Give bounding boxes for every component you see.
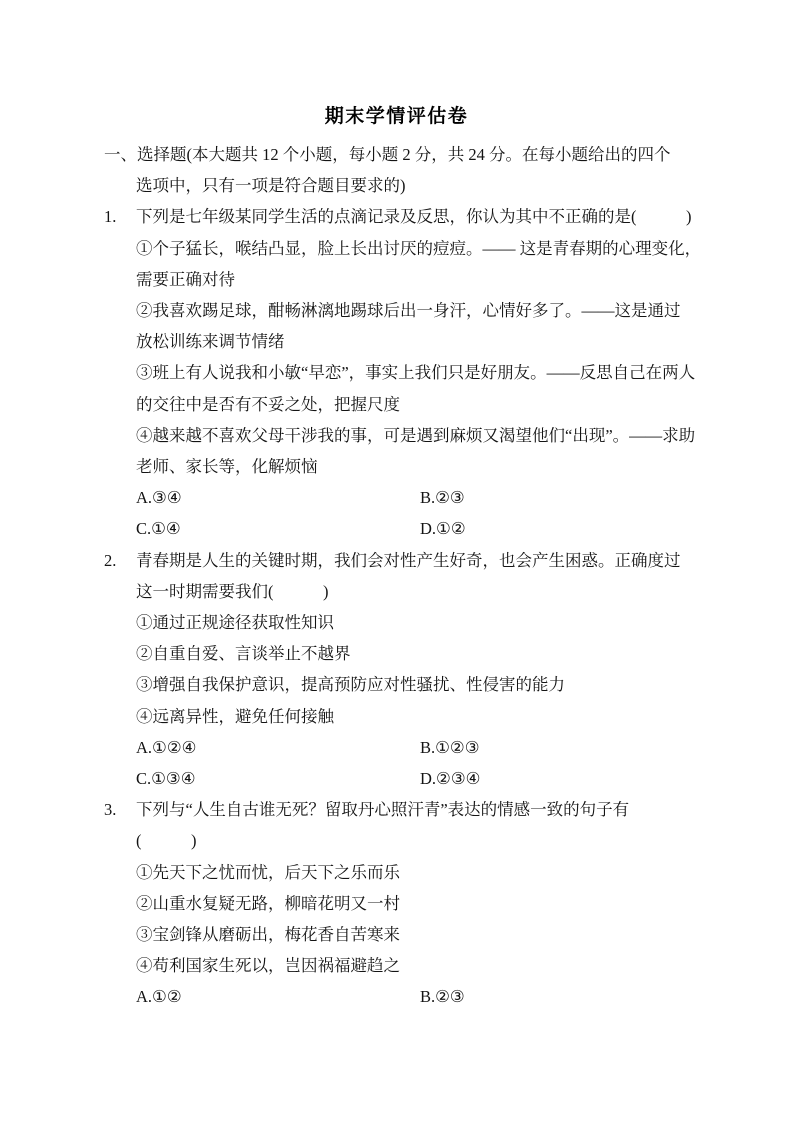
question-3-options-row: A.①② B.②③ xyxy=(104,981,719,1012)
question-1-stem: 1. 下列是七年级某同学生活的点滴记录及反思，你认为其中不正确的是( ) xyxy=(104,201,719,232)
question-3-stem: 3. 下列与“人生自古谁无死？留取丹心照汗青”表达的情感一致的句子有 xyxy=(104,794,719,825)
question-3-line: ③宝剑锋从磨砺出，梅花香自苦寒来 xyxy=(104,919,719,950)
question-1-options-row: C.①④ D.①② xyxy=(104,513,719,544)
question-2-line: 这一时期需要我们( ) xyxy=(104,576,719,607)
question-3-option-b: B.②③ xyxy=(420,981,465,1012)
question-1-option-c: C.①④ xyxy=(136,519,181,538)
question-2-stem-text: 青春期是人生的关键时期，我们会对性产生好奇，也会产生困惑。正确度过 xyxy=(136,551,681,570)
question-2-line: ①通过正规途径获取性知识 xyxy=(104,607,719,638)
question-2-option-d: D.②③④ xyxy=(420,763,480,794)
section-header-line2: 选项中，只有一项是符合题目要求的) xyxy=(104,170,719,201)
page-title: 期末学情评估卷 xyxy=(0,101,793,128)
question-3-line: ④苟利国家生死以，岂因祸福避趋之 xyxy=(104,950,719,981)
question-2-line: ②自重自爱、言谈举止不越界 xyxy=(104,638,719,669)
exam-page: 期末学情评估卷 一、选择题(本大题共 12 个小题，每小题 2 分，共 24 分… xyxy=(0,0,793,1122)
question-1-line: 老师、家长等，化解烦恼 xyxy=(104,451,719,482)
question-1-line: 的交往中是否有不妥之处，把握尺度 xyxy=(104,389,719,420)
question-3-number: 3. xyxy=(104,794,116,825)
question-1-option-d: D.①② xyxy=(420,513,466,544)
question-2-option-b: B.①②③ xyxy=(420,732,480,763)
question-1-line: ②我喜欢踢足球，酣畅淋漓地踢球后出一身汗，心情好多了。——这是通过 xyxy=(104,295,719,326)
question-2-option-a: A.①②④ xyxy=(136,738,196,757)
question-2-options-row: C.①③④ D.②③④ xyxy=(104,763,719,794)
question-1-options-row: A.③④ B.②③ xyxy=(104,482,719,513)
question-3-option-a: A.①② xyxy=(136,987,182,1006)
exam-content: 一、选择题(本大题共 12 个小题，每小题 2 分，共 24 分。在每小题给出的… xyxy=(104,139,719,1013)
question-2-option-c: C.①③④ xyxy=(136,769,196,788)
question-2-stem: 2. 青春期是人生的关键时期，我们会对性产生好奇，也会产生困惑。正确度过 xyxy=(104,545,719,576)
question-1-number: 1. xyxy=(104,201,116,232)
question-3-line: ①先天下之忧而忧，后天下之乐而乐 xyxy=(104,857,719,888)
question-2-number: 2. xyxy=(104,545,116,576)
question-1-line: ④越来越不喜欢父母干涉我的事，可是遇到麻烦又渴望他们“出现”。——求助 xyxy=(104,420,719,451)
question-3-line: ②山重水复疑无路，柳暗花明又一村 xyxy=(104,888,719,919)
question-1-stem-text: 下列是七年级某同学生活的点滴记录及反思，你认为其中不正确的是( ) xyxy=(136,207,692,226)
question-2-line: ③增强自我保护意识，提高预防应对性骚扰、性侵害的能力 xyxy=(104,669,719,700)
question-1-line: 放松训练来调节情绪 xyxy=(104,326,719,357)
question-1-line: ③班上有人说我和小敏“早恋”，事实上我们只是好朋友。——反思自己在两人 xyxy=(104,357,719,388)
question-3-line: ( ) xyxy=(104,825,719,856)
question-1-option-a: A.③④ xyxy=(136,488,182,507)
section-header-line1: 一、选择题(本大题共 12 个小题，每小题 2 分，共 24 分。在每小题给出的… xyxy=(104,139,719,170)
question-2-line: ④远离异性，避免任何接触 xyxy=(104,701,719,732)
question-1-line: 需要正确对待 xyxy=(104,264,719,295)
question-2-options-row: A.①②④ B.①②③ xyxy=(104,732,719,763)
question-1-option-b: B.②③ xyxy=(420,482,465,513)
question-1-line: ①个子猛长，喉结凸显，脸上长出讨厌的痘痘。—— 这是青春期的心理变化， xyxy=(104,233,719,264)
question-3-stem-text: 下列与“人生自古谁无死？留取丹心照汗青”表达的情感一致的句子有 xyxy=(136,800,629,819)
